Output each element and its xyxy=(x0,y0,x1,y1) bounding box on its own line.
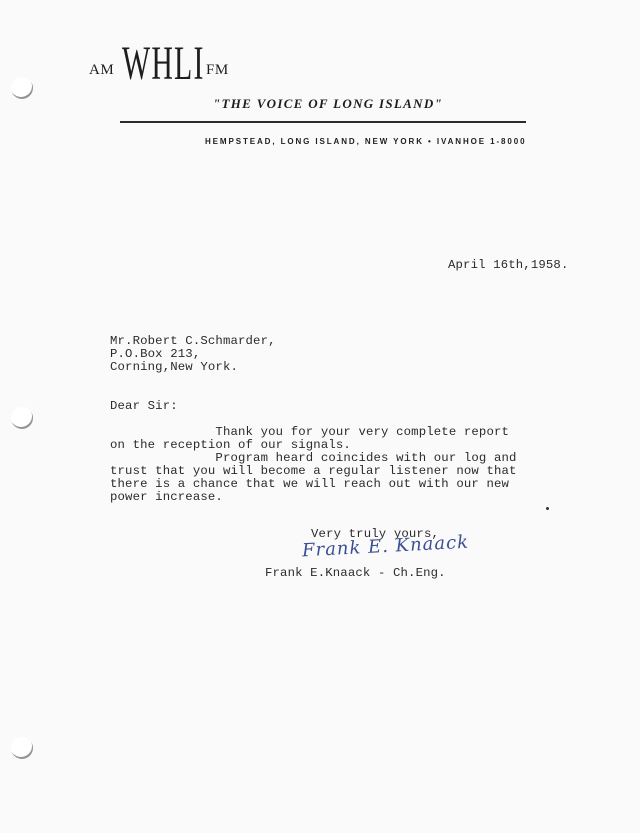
recipient-address: Mr.Robert C.Schmarder,P.O.Box 213,Cornin… xyxy=(110,335,276,374)
letterhead-rule xyxy=(120,121,526,123)
station-address: HEMPSTEAD, LONG ISLAND, NEW YORK • IVANH… xyxy=(205,137,526,146)
am-label: AM xyxy=(89,62,114,79)
ink-speck xyxy=(546,507,549,510)
salutation: Dear Sir: xyxy=(110,400,178,413)
letter-date: April 16th,1958. xyxy=(448,259,568,272)
fm-label: FM xyxy=(206,62,229,79)
punch-hole xyxy=(11,77,33,99)
punch-hole xyxy=(11,407,33,429)
letter-page: AM WHLI FM "THE VOICE OF LONG ISLAND" HE… xyxy=(0,0,640,833)
station-call-sign: WHLI xyxy=(122,40,205,88)
body-line: power increase. xyxy=(110,491,517,504)
punch-hole xyxy=(11,737,33,759)
station-slogan: "THE VOICE OF LONG ISLAND" xyxy=(213,96,443,112)
letter-body: Thank you for your very complete reporto… xyxy=(110,426,517,504)
signer-name: Frank E.Knaack - Ch.Eng. xyxy=(265,567,446,580)
recipient-line: Corning,New York. xyxy=(110,361,276,374)
